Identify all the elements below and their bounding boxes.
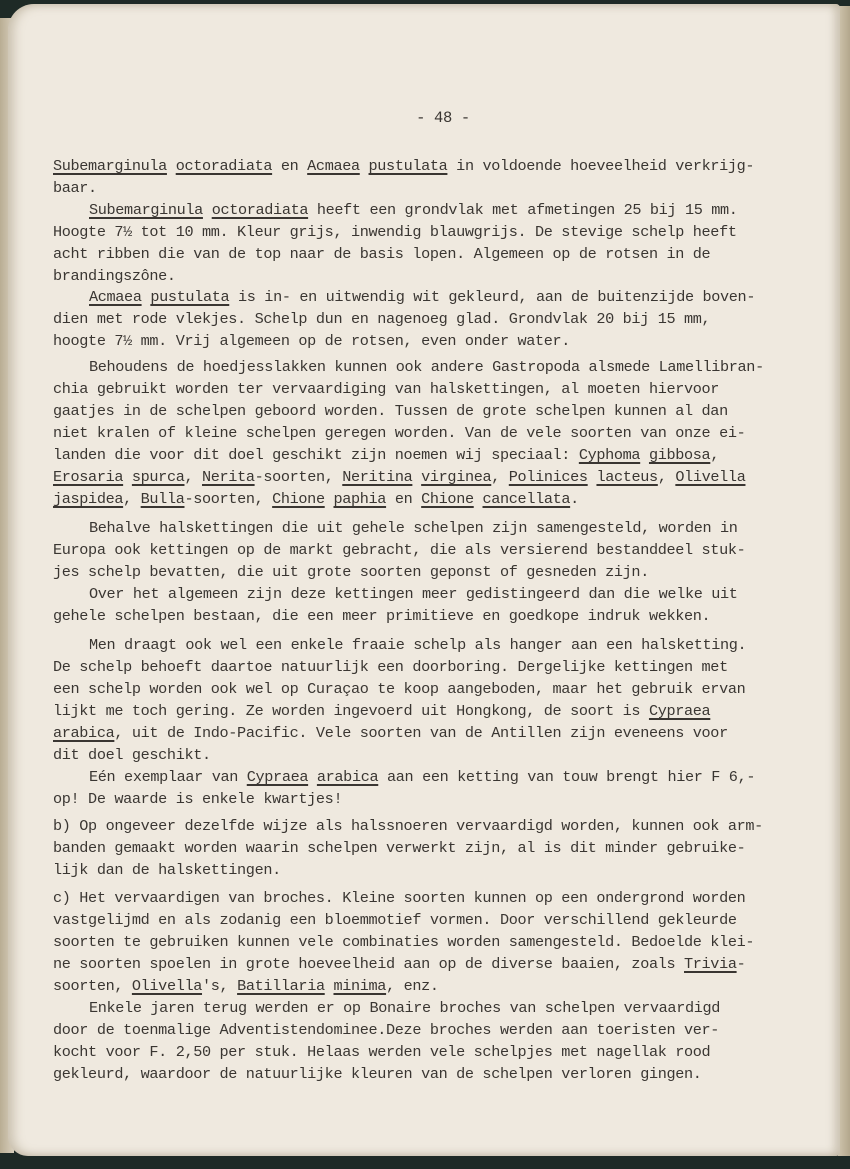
text-line: gekleurd, waardoor de natuurlijke kleure… bbox=[53, 1064, 702, 1084]
text-line: Eén exemplaar van Cypraea arabica aan ee… bbox=[89, 767, 755, 787]
text-line: landen die voor dit doel geschikt zijn n… bbox=[53, 445, 719, 465]
species-name-underlined: Trivia bbox=[684, 955, 737, 973]
text-line: banden gemaakt worden waarin schelpen ve… bbox=[53, 838, 745, 858]
text-run: , uit de Indo-Pacific. Vele soorten van … bbox=[114, 724, 727, 742]
text-run: dien met rode vlekjes. Schelp dun en nag… bbox=[53, 310, 710, 328]
text-line: Subemarginula octoradiata heeft een gron… bbox=[89, 200, 738, 220]
text-run: hoogte 7½ mm. Vrij algemeen op de rotsen… bbox=[53, 332, 570, 350]
text-run: , bbox=[658, 468, 676, 486]
text-line: acht ribben die van de top naar de basis… bbox=[53, 244, 710, 264]
text-line: baar. bbox=[53, 178, 97, 198]
text-run: en bbox=[272, 157, 307, 175]
species-name-underlined: Chione bbox=[272, 490, 325, 508]
text-line: ne soorten spoelen in grote hoeveelheid … bbox=[53, 954, 745, 974]
text-run: , bbox=[184, 468, 202, 486]
text-run: chia gebruikt worden ter vervaardiging v… bbox=[53, 380, 719, 398]
text-line: vastgelijmd en als zodanig een bloemmoti… bbox=[53, 910, 737, 930]
text-run: door de toenmalige Adventistendominee.De… bbox=[53, 1021, 719, 1039]
species-name-underlined: Nerita bbox=[202, 468, 255, 486]
text-line: jaspidea, Bulla-soorten, Chione paphia e… bbox=[53, 489, 579, 509]
text-run: is in- en uitwendig wit gekleurd, aan de… bbox=[229, 288, 755, 306]
text-line: chia gebruikt worden ter vervaardiging v… bbox=[53, 379, 719, 399]
document-page: - 48 - Subemarginula octoradiata en Acma… bbox=[8, 4, 840, 1156]
text-run: Over het algemeen zijn deze kettingen me… bbox=[89, 585, 738, 603]
text-run: De schelp behoeft daartoe natuurlijk een… bbox=[53, 658, 728, 676]
species-name-underlined: Neritina bbox=[342, 468, 412, 486]
species-name-underlined: minima bbox=[333, 977, 386, 995]
species-name-underlined: Acmaea bbox=[89, 288, 142, 306]
text-line: dien met rode vlekjes. Schelp dun en nag… bbox=[53, 309, 710, 329]
text-line: gehele schelpen bestaan, die een meer pr… bbox=[53, 606, 710, 626]
text-line: b) Op ongeveer dezelfde wijze als halssn… bbox=[53, 816, 763, 836]
text-run: vastgelijmd en als zodanig een bloemmoti… bbox=[53, 911, 737, 929]
species-name-underlined: virginea bbox=[421, 468, 491, 486]
text-run: brandingszône. bbox=[53, 267, 176, 285]
species-name-underlined: Cypraea bbox=[247, 768, 308, 786]
text-run: op! De waarde is enkele kwartjes! bbox=[53, 790, 342, 808]
text-run: heeft een grondvlak met afmetingen 25 bi… bbox=[308, 201, 737, 219]
species-name-underlined: Erosaria bbox=[53, 468, 123, 486]
text-line: kocht voor F. 2,50 per stuk. Helaas werd… bbox=[53, 1042, 710, 1062]
species-name-underlined: Olivella bbox=[132, 977, 202, 995]
text-line: lijkt me toch gering. Ze worden ingevoer… bbox=[53, 701, 710, 721]
page-number: - 48 - bbox=[403, 109, 483, 127]
species-name-underlined: arabica bbox=[53, 724, 114, 742]
text-run: b) Op ongeveer dezelfde wijze als halssn… bbox=[53, 817, 763, 835]
species-name-underlined: jaspidea bbox=[53, 490, 123, 508]
text-run: kocht voor F. 2,50 per stuk. Helaas werd… bbox=[53, 1043, 710, 1061]
text-line: Over het algemeen zijn deze kettingen me… bbox=[89, 584, 738, 604]
text-run: , enz. bbox=[386, 977, 439, 995]
text-line: Enkele jaren terug werden er op Bonaire … bbox=[89, 998, 720, 1018]
species-name-underlined: Subemarginula bbox=[53, 157, 167, 175]
text-run: 's, bbox=[202, 977, 237, 995]
text-line: soorten te gebruiken kunnen vele combina… bbox=[53, 932, 754, 952]
text-run: jes schelp bevatten, die uit grote soort… bbox=[53, 563, 649, 581]
species-name-underlined: Cypraea bbox=[649, 702, 710, 720]
text-run: ne soorten spoelen in grote hoeveelheid … bbox=[53, 955, 684, 973]
species-name-underlined: arabica bbox=[317, 768, 378, 786]
text-run: baar. bbox=[53, 179, 97, 197]
text-run: gekleurd, waardoor de natuurlijke kleure… bbox=[53, 1065, 702, 1083]
text-run: gaatjes in de schelpen geboord worden. T… bbox=[53, 402, 728, 420]
text-run bbox=[167, 157, 176, 175]
text-line: Hoogte 7½ tot 10 mm. Kleur grijs, inwend… bbox=[53, 222, 737, 242]
text-run: soorten te gebruiken kunnen vele combina… bbox=[53, 933, 754, 951]
species-name-underlined: spurca bbox=[132, 468, 185, 486]
text-run: , bbox=[123, 490, 141, 508]
text-line: Europa ook kettingen op de markt gebrach… bbox=[53, 540, 745, 560]
text-run: niet kralen of kleine schelpen geregen w… bbox=[53, 424, 745, 442]
text-line: een schelp worden ook wel op Curaçao te … bbox=[53, 679, 745, 699]
text-run: gehele schelpen bestaan, die een meer pr… bbox=[53, 607, 710, 625]
text-run: en bbox=[386, 490, 421, 508]
species-name-underlined: paphia bbox=[333, 490, 386, 508]
text-run bbox=[123, 468, 132, 486]
text-run bbox=[308, 768, 317, 786]
text-run: Hoogte 7½ tot 10 mm. Kleur grijs, inwend… bbox=[53, 223, 737, 241]
text-line: lijk dan de halskettingen. bbox=[53, 860, 281, 880]
species-name-underlined: pustulata bbox=[369, 157, 448, 175]
species-name-underlined: octoradiata bbox=[176, 157, 272, 175]
text-run bbox=[474, 490, 483, 508]
species-name-underlined: octoradiata bbox=[212, 201, 308, 219]
text-run: Enkele jaren terug werden er op Bonaire … bbox=[89, 999, 720, 1017]
text-line: soorten, Olivella's, Batillaria minima, … bbox=[53, 976, 439, 996]
text-run: Europa ook kettingen op de markt gebrach… bbox=[53, 541, 745, 559]
text-run: Eén exemplaar van bbox=[89, 768, 247, 786]
text-line: brandingszône. bbox=[53, 266, 176, 286]
text-line: Acmaea pustulata is in- en uitwendig wit… bbox=[89, 287, 755, 307]
text-run bbox=[412, 468, 421, 486]
text-run: acht ribben die van de top naar de basis… bbox=[53, 245, 710, 263]
text-run: een schelp worden ook wel op Curaçao te … bbox=[53, 680, 745, 698]
text-line: Behoudens de hoedjesslakken kunnen ook a… bbox=[89, 357, 764, 377]
text-run: Behoudens de hoedjesslakken kunnen ook a… bbox=[89, 358, 764, 376]
text-line: jes schelp bevatten, die uit grote soort… bbox=[53, 562, 649, 582]
species-name-underlined: Acmaea bbox=[307, 157, 360, 175]
species-name-underlined: Bulla bbox=[141, 490, 185, 508]
text-run: aan een ketting van touw brengt hier F 6… bbox=[378, 768, 755, 786]
text-line: Erosaria spurca, Nerita-soorten, Neritin… bbox=[53, 467, 745, 487]
text-line: c) Het vervaardigen van broches. Kleine … bbox=[53, 888, 745, 908]
text-run bbox=[203, 201, 212, 219]
text-run: - bbox=[737, 955, 746, 973]
text-run: banden gemaakt worden waarin schelpen ve… bbox=[53, 839, 745, 857]
species-name-underlined: Olivella bbox=[675, 468, 745, 486]
text-run: , bbox=[710, 446, 719, 464]
text-line: De schelp behoeft daartoe natuurlijk een… bbox=[53, 657, 728, 677]
text-run: Men draagt ook wel een enkele fraaie sch… bbox=[89, 636, 746, 654]
text-run: soorten, bbox=[53, 977, 132, 995]
species-name-underlined: Cyphoma bbox=[579, 446, 640, 464]
text-line: Men draagt ook wel een enkele fraaie sch… bbox=[89, 635, 746, 655]
text-run bbox=[360, 157, 369, 175]
text-line: arabica, uit de Indo-Pacific. Vele soort… bbox=[53, 723, 728, 743]
text-line: dit doel geschikt. bbox=[53, 745, 211, 765]
text-run: landen die voor dit doel geschikt zijn n… bbox=[53, 446, 579, 464]
text-run: . bbox=[570, 490, 579, 508]
text-run: -soorten, bbox=[184, 490, 272, 508]
text-line: hoogte 7½ mm. Vrij algemeen op de rotsen… bbox=[53, 331, 570, 351]
text-run: c) Het vervaardigen van broches. Kleine … bbox=[53, 889, 745, 907]
text-line: niet kralen of kleine schelpen geregen w… bbox=[53, 423, 745, 443]
species-name-underlined: Polinices bbox=[509, 468, 588, 486]
species-name-underlined: lacteus bbox=[596, 468, 657, 486]
text-run: lijk dan de halskettingen. bbox=[53, 861, 281, 879]
species-name-underlined: Subemarginula bbox=[89, 201, 203, 219]
text-run: , bbox=[491, 468, 509, 486]
species-name-underlined: Chione bbox=[421, 490, 474, 508]
text-line: gaatjes in de schelpen geboord worden. T… bbox=[53, 401, 728, 421]
species-name-underlined: gibbosa bbox=[649, 446, 710, 464]
text-run: -soorten, bbox=[255, 468, 343, 486]
text-run: dit doel geschikt. bbox=[53, 746, 211, 764]
species-name-underlined: cancellata bbox=[483, 490, 571, 508]
text-run: in voldoende hoeveelheid verkrijg- bbox=[447, 157, 754, 175]
text-line: op! De waarde is enkele kwartjes! bbox=[53, 789, 342, 809]
text-line: Behalve halskettingen die uit gehele sch… bbox=[89, 518, 738, 538]
text-line: Subemarginula octoradiata en Acmaea pust… bbox=[53, 156, 754, 176]
species-name-underlined: Batillaria bbox=[237, 977, 325, 995]
text-run: lijkt me toch gering. Ze worden ingevoer… bbox=[53, 702, 649, 720]
text-run bbox=[640, 446, 649, 464]
text-line: door de toenmalige Adventistendominee.De… bbox=[53, 1020, 719, 1040]
text-run: Behalve halskettingen die uit gehele sch… bbox=[89, 519, 738, 537]
species-name-underlined: pustulata bbox=[150, 288, 229, 306]
